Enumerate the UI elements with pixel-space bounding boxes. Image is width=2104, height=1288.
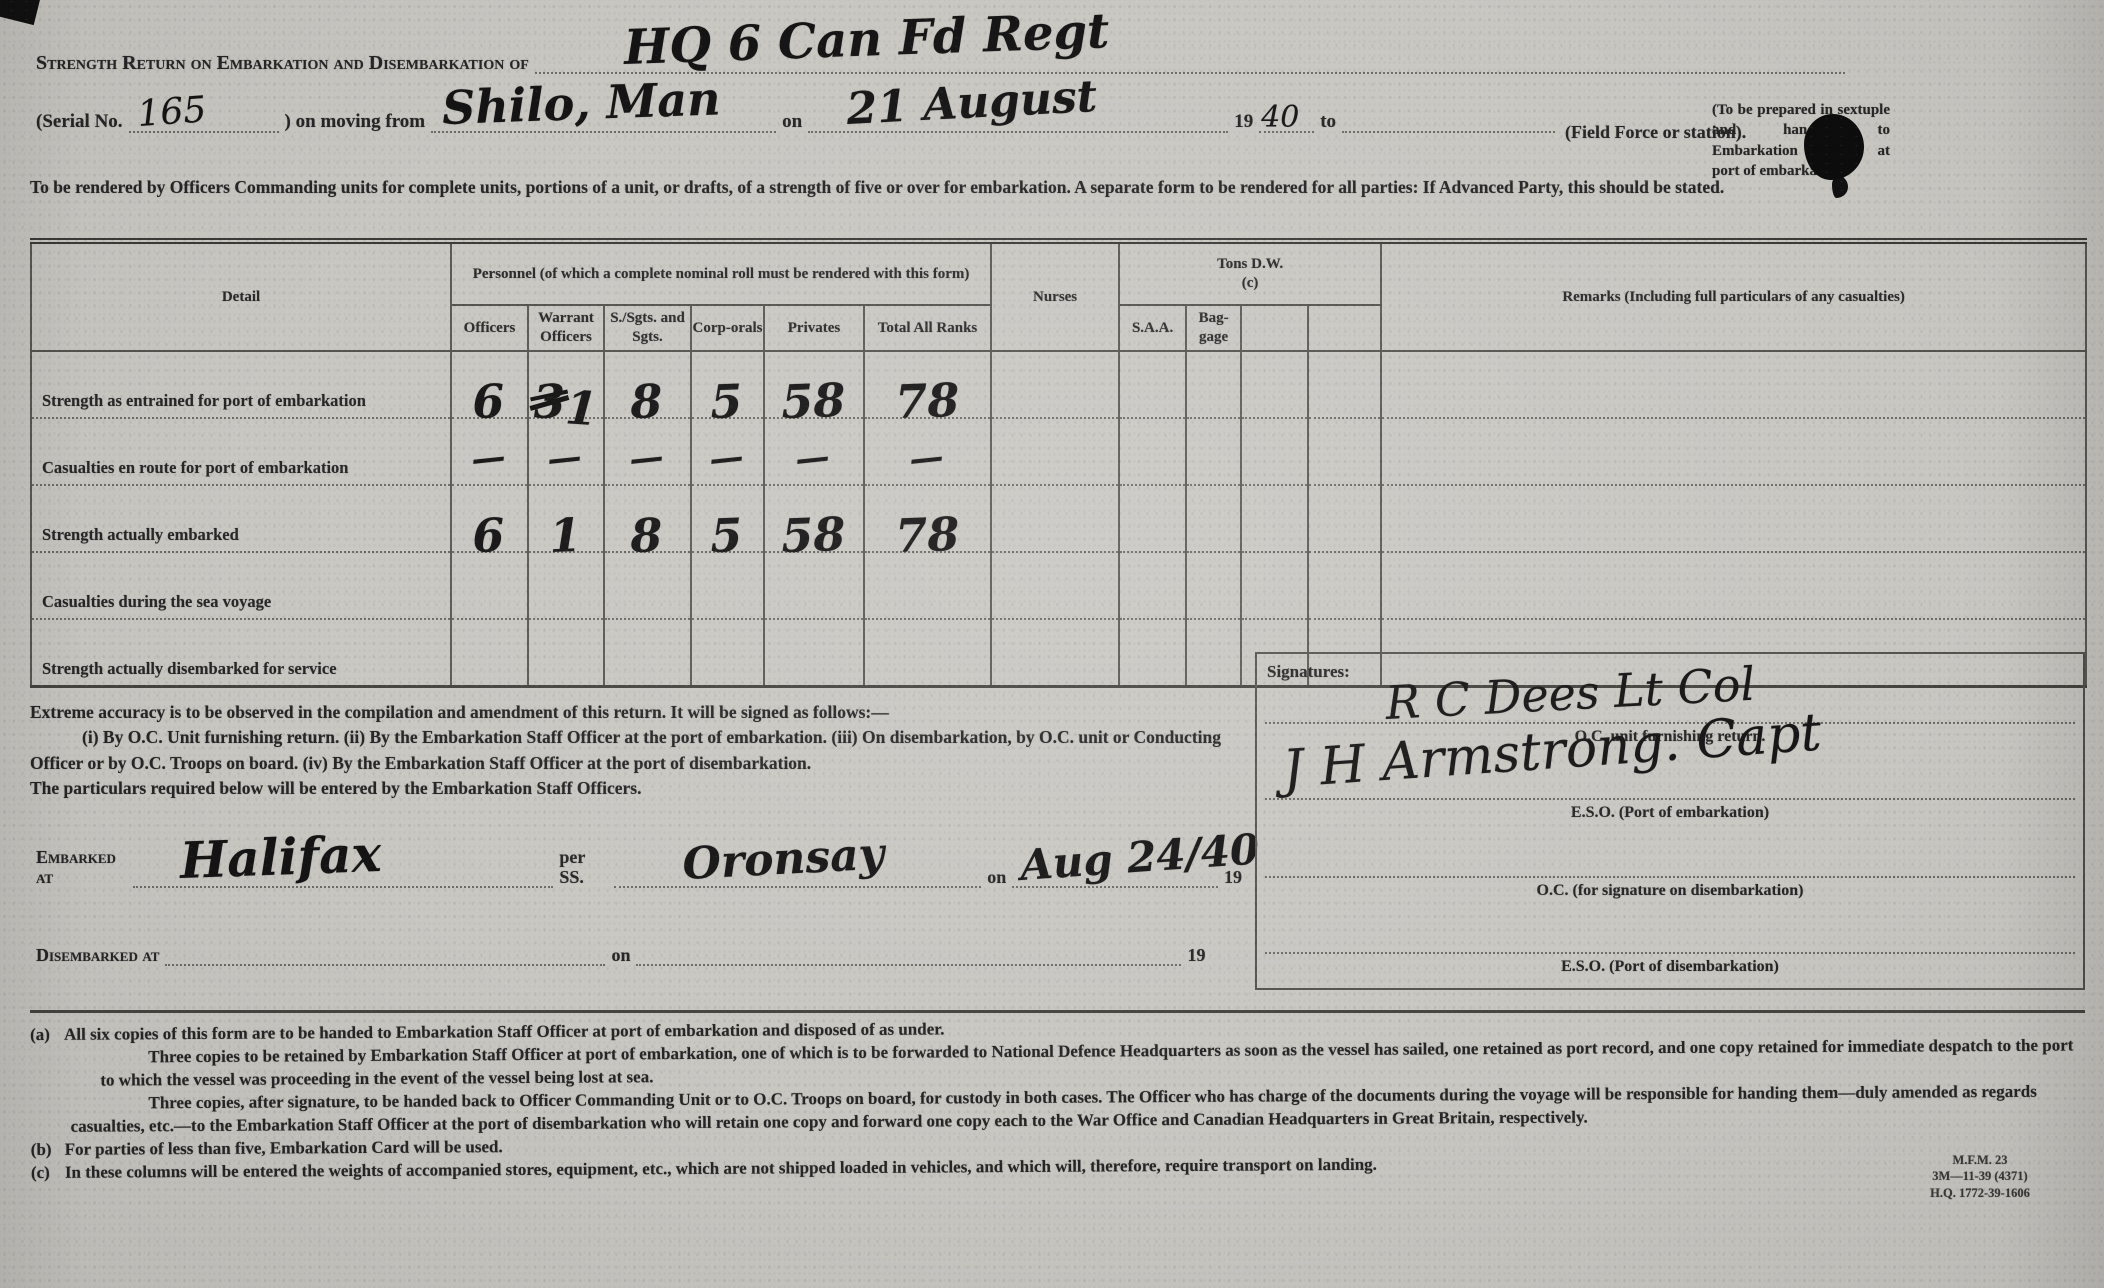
year-handwritten: 40 bbox=[1261, 100, 1299, 135]
value-corporals: — bbox=[708, 444, 745, 475]
rendered-by-note: To be rendered by Officers Commanding un… bbox=[30, 176, 1790, 200]
oc-disembark-caption: O.C. (for signature on disembarkation) bbox=[1257, 882, 2083, 900]
table-row-casualties-en-route: Casualties en route for port of embarkat… bbox=[31, 418, 2086, 485]
accuracy-line-1: Extreme accuracy is to be observed in th… bbox=[30, 700, 1265, 725]
value-privates: — bbox=[794, 444, 831, 475]
moving-from-label: ) on moving from bbox=[285, 112, 426, 133]
strength-table: Detail Personnel (of which a complete no… bbox=[30, 238, 2087, 688]
col-header-detail: Detail bbox=[31, 241, 451, 351]
signature-line bbox=[1265, 952, 2075, 954]
value-privates: 58 bbox=[781, 382, 846, 421]
group-header-tons: Tons D.W. (c) bbox=[1119, 241, 1381, 305]
disembark-port-fill bbox=[165, 958, 605, 966]
row-label: Strength actually disembarked for servic… bbox=[31, 619, 451, 687]
scan-corner-artifact bbox=[0, 0, 41, 25]
footnote-b-label: (b) bbox=[31, 1138, 65, 1161]
col-header-baggage: Bag-gage bbox=[1186, 305, 1241, 351]
col-header-saa: S.A.A. bbox=[1119, 305, 1186, 351]
col-header-sgts: S./Sgts. and Sgts. bbox=[604, 305, 691, 351]
table-row-actually-embarked: Strength actually embarked 6 1 8 5 58 78 bbox=[31, 485, 2086, 552]
row-label: Casualties during the sea voyage bbox=[31, 552, 451, 619]
disembark-on-label: on bbox=[611, 946, 630, 966]
serial-value-handwritten: 165 bbox=[136, 89, 207, 135]
value-officers: 6 bbox=[472, 517, 505, 555]
year-printed: 19 bbox=[1234, 112, 1253, 133]
col-header-officers: Officers bbox=[451, 305, 528, 351]
ship-fill: Oronsay bbox=[614, 880, 981, 888]
serial-line: (Serial No. 165 ) on moving from Shilo, … bbox=[30, 112, 1555, 133]
ship-name-handwritten: Oronsay bbox=[682, 829, 886, 890]
value-corporals: 5 bbox=[710, 383, 743, 421]
date-fill: 21 August bbox=[808, 125, 1228, 133]
footnote-c-label: (c) bbox=[31, 1161, 65, 1184]
signature-row-eso-disembark: E.S.O. (Port of disembarkation) bbox=[1257, 902, 2083, 978]
accuracy-note: Extreme accuracy is to be observed in th… bbox=[30, 700, 1265, 802]
eso-disembark-caption: E.S.O. (Port of disembarkation) bbox=[1257, 958, 2083, 976]
serial-label: (Serial No. bbox=[36, 112, 123, 133]
embarked-label: Embarked at bbox=[36, 848, 127, 888]
move-date-handwritten: 21 August bbox=[846, 71, 1099, 135]
value-total: 78 bbox=[894, 382, 959, 421]
to-label: to bbox=[1320, 112, 1336, 133]
col-header-privates: Privates bbox=[764, 305, 864, 351]
eso-embark-caption: E.S.O. (Port of embarkation) bbox=[1257, 804, 2083, 822]
form-title: Strength Return on Embarkation and Disem… bbox=[36, 52, 529, 74]
col-header-warrant-officers: Warrant Officers bbox=[528, 305, 604, 351]
signature-row-oc-disembark: O.C. (for signature on disembarkation) bbox=[1257, 826, 2083, 902]
unit-name-line: HQ 6 Can Fd Regt bbox=[535, 66, 1845, 74]
value-privates: 58 bbox=[781, 516, 846, 555]
disembark-year-printed: 19 bbox=[1187, 946, 1205, 966]
disembarked-line: Disembarked at on 19 bbox=[30, 906, 1248, 966]
strength-return-form-scan: Strength Return on Embarkation and Disem… bbox=[0, 0, 2104, 1288]
value-warrant: — bbox=[546, 444, 583, 475]
group-header-personnel: Personnel (of which a complete nominal r… bbox=[451, 241, 991, 305]
col-header-nurses: Nurses bbox=[991, 241, 1119, 351]
serial-fill: 165 bbox=[129, 125, 279, 133]
row-label: Strength actually embarked bbox=[31, 485, 451, 552]
value-officers: 6 bbox=[472, 383, 505, 421]
title-line: Strength Return on Embarkation and Disem… bbox=[30, 52, 1845, 74]
embark-port-handwritten: Halifax bbox=[179, 824, 382, 890]
on-label: on bbox=[782, 112, 802, 133]
accuracy-line-2: (i) By O.C. Unit furnishing return. (ii)… bbox=[30, 725, 1265, 776]
value-warrant: 31 bbox=[533, 382, 598, 421]
form-number-line3: H.Q. 1772-39-1606 bbox=[1905, 1185, 2055, 1201]
from-fill: Shilo, Man bbox=[431, 125, 776, 133]
value-total: 78 bbox=[894, 516, 959, 555]
disembarked-label: Disembarked at bbox=[36, 946, 159, 966]
struck-value: 3 bbox=[533, 383, 566, 421]
value-corporals: 5 bbox=[710, 517, 743, 555]
row-label: Casualties en route for port of embarkat… bbox=[31, 418, 451, 485]
from-location-handwritten: Shilo, Man bbox=[441, 71, 721, 135]
row-label: Strength as entrained for port of embark… bbox=[31, 351, 451, 418]
footnote-b-text: For parties of less than five, Embarkati… bbox=[65, 1137, 503, 1159]
value-warrant: 1 bbox=[549, 517, 582, 555]
year-fill: 40 bbox=[1259, 125, 1314, 133]
col-header-tons-4 bbox=[1308, 305, 1381, 351]
table-row-casualties-sea-voyage: Casualties during the sea voyage bbox=[31, 552, 2086, 619]
footnotes: (a)All six copies of this form are to be… bbox=[30, 1011, 2089, 1184]
value-sgts: 8 bbox=[630, 517, 663, 555]
form-number-line2: 3M—11-39 (4371) bbox=[1905, 1168, 2055, 1184]
signatures-box: Signatures: R C Dees Lt Col J H Armstron… bbox=[1255, 652, 2085, 990]
port-fill: Halifax bbox=[133, 880, 554, 888]
disembark-date-fill bbox=[636, 958, 1181, 966]
form-number: M.F.M. 23 3M—11-39 (4371) H.Q. 1772-39-1… bbox=[1905, 1152, 2055, 1201]
signature-line bbox=[1265, 876, 2075, 878]
col-header-tons-3 bbox=[1241, 305, 1308, 351]
per-ss-label: per SS. bbox=[559, 848, 608, 888]
value-sgts: — bbox=[628, 444, 665, 475]
table-row-entrained: Strength as entrained for port of embark… bbox=[31, 351, 2086, 418]
footnote-a-label: (a) bbox=[30, 1024, 64, 1047]
corrected-value: 1 bbox=[564, 389, 599, 428]
accuracy-line-3: The particulars required below will be e… bbox=[30, 776, 1265, 801]
form-number-line1: M.F.M. 23 bbox=[1905, 1152, 2055, 1168]
value-officers: — bbox=[470, 444, 507, 475]
unit-name-handwritten: HQ 6 Can Fd Regt bbox=[623, 3, 1110, 76]
embarked-line: Embarked at Halifax per SS. Oronsay on A… bbox=[30, 822, 1248, 888]
tons-header-text: Tons D.W. (c) bbox=[1208, 255, 1292, 293]
col-header-corporals: Corp-orals bbox=[691, 305, 764, 351]
destination-fill bbox=[1342, 125, 1555, 133]
col-header-remarks: Remarks (Including full particulars of a… bbox=[1381, 241, 2086, 351]
embark-date-fill: Aug 24/40 bbox=[1012, 880, 1218, 888]
footnote-a-text: All six copies of this form are to be ha… bbox=[64, 1019, 945, 1043]
value-total: — bbox=[908, 444, 945, 475]
value-sgts: 8 bbox=[630, 383, 663, 421]
col-header-total-all-ranks: Total All Ranks bbox=[864, 305, 991, 351]
signature-line bbox=[1265, 798, 2075, 800]
embark-on-label: on bbox=[987, 868, 1006, 888]
